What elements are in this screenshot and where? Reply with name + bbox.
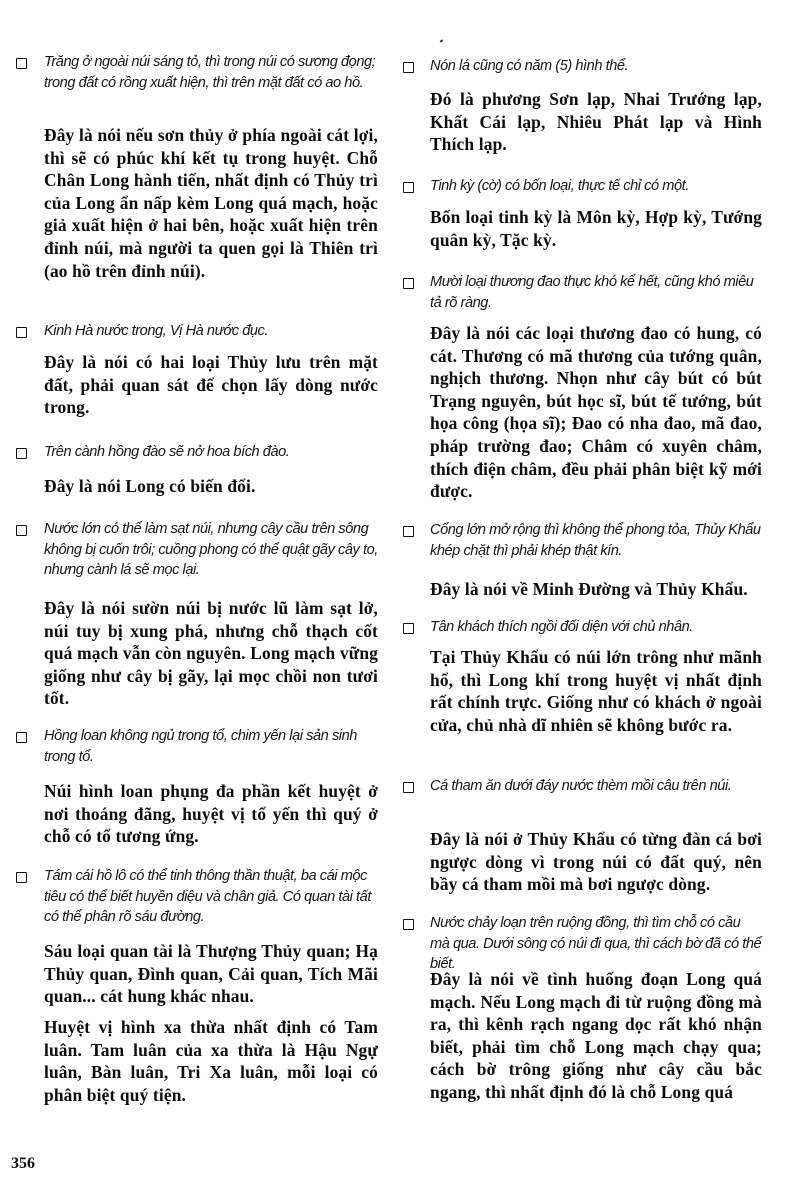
explanation-text: Đây là nói ở Thủy Khẩu có từng đàn cá bơ…	[430, 828, 762, 896]
quote-text: Tinh kỳ (cờ) có bốn loại, thực tế chỉ có…	[430, 176, 762, 197]
explanation-text: Tại Thủy Khẩu có núi lớn trông như mãnh …	[430, 646, 762, 736]
explanation-text: Đó là phương Sơn lạp, Nhai Trướng lạp, K…	[430, 88, 762, 156]
explanation-text: Đây là nói sườn núi bị nước lũ làm sạt l…	[44, 597, 378, 710]
checkbox-bullet-icon	[16, 327, 27, 338]
checkbox-bullet-icon	[16, 58, 27, 69]
quote-text: Trên cành hồng đào sẽ nở hoa bích đào.	[44, 442, 378, 463]
explanation-text: Đây là nói có hai loại Thủy lưu trên mặt…	[44, 351, 378, 419]
explanation-text: Đây là nói về Minh Đường và Thủy Khẩu.	[430, 578, 762, 601]
quote-text: Cổng lớn mở rộng thì không thể phong tỏa…	[430, 520, 762, 561]
explanation-text: Đây là nói các loại thương đao có hung, …	[430, 322, 762, 503]
checkbox-bullet-icon	[403, 62, 414, 73]
explanation-text: Sáu loại quan tài là Thượng Thủy quan; H…	[44, 940, 378, 1008]
quote-text: Mười loại thương đao thực khó kể hết, cũ…	[430, 272, 762, 313]
scan-speck	[440, 39, 444, 42]
checkbox-bullet-icon	[16, 732, 27, 743]
quote-text: Kinh Hà nước trong, Vị Hà nước đục.	[44, 321, 378, 342]
quote-text: Hồng loan không ngủ trong tổ, chim yến l…	[44, 726, 378, 767]
quote-text: Nước chảy loạn trên ruộng đồng, thì tìm …	[430, 913, 762, 975]
quote-text: Trăng ở ngoài núi sáng tỏ, thì trong núi…	[44, 52, 378, 93]
quote-text: Cá tham ăn dưới đáy nước thèm mồi câu tr…	[430, 776, 762, 797]
quote-text: Nón lá cũng có năm (5) hình thể.	[430, 56, 762, 77]
explanation-text-2: Huyệt vị hình xa thừa nhất định có Tam l…	[44, 1016, 378, 1106]
explanation-text: Đây là nói về tình huống đoạn Long quá m…	[430, 968, 762, 1104]
checkbox-bullet-icon	[403, 278, 414, 289]
page-number: 356	[11, 1155, 35, 1173]
explanation-text: Đây là nói Long có biến đổi.	[44, 475, 378, 498]
quote-text: Nước lớn có thể làm sạt núi, nhưng cây c…	[44, 519, 378, 581]
checkbox-bullet-icon	[403, 182, 414, 193]
checkbox-bullet-icon	[403, 623, 414, 634]
explanation-text: Núi hình loan phụng đa phần kết huyệt ở …	[44, 780, 378, 848]
checkbox-bullet-icon	[403, 526, 414, 537]
checkbox-bullet-icon	[16, 448, 27, 459]
quote-text: Tân khách thích ngồi đối diện với chủ nh…	[430, 617, 762, 638]
checkbox-bullet-icon	[16, 872, 27, 883]
explanation-text: Đây là nói nếu sơn thủy ở phía ngoài cát…	[44, 124, 378, 282]
checkbox-bullet-icon	[403, 919, 414, 930]
checkbox-bullet-icon	[16, 525, 27, 536]
checkbox-bullet-icon	[403, 782, 414, 793]
quote-text: Tám cái hồ lô có thể tinh thông thần thu…	[44, 866, 378, 928]
explanation-text: Bốn loại tinh kỳ là Môn kỳ, Hợp kỳ, Tướn…	[430, 206, 762, 251]
